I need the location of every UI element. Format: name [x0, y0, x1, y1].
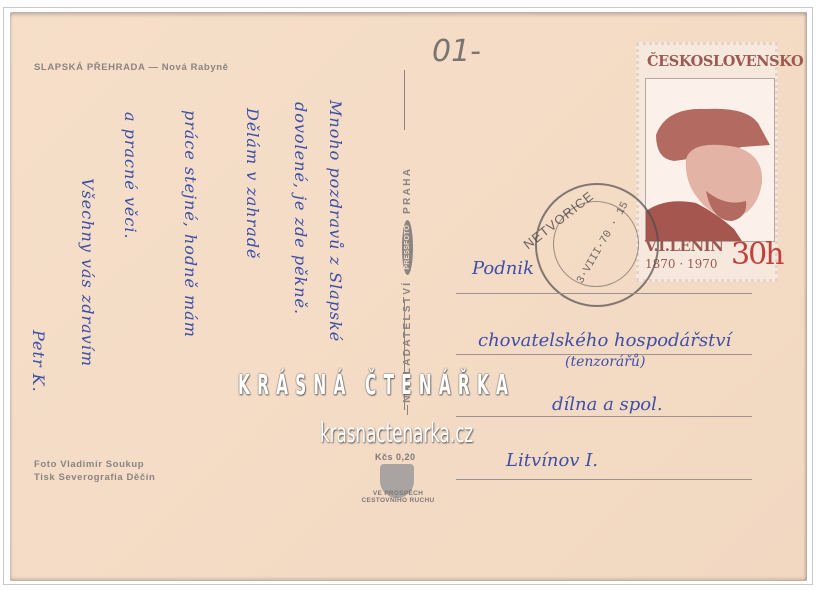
stamp-country: ČESKOSLOVENSKO	[647, 53, 803, 70]
tax-value: Kčs 0,20	[375, 452, 416, 462]
pencil-note: 01-	[432, 34, 481, 69]
watermark-title: KRÁSNÁ ČTENÁŘKA	[238, 368, 515, 401]
pressfoto-logo: PRESSFOTO	[402, 220, 413, 275]
address-rule	[456, 479, 752, 480]
message-line: práce stejné, hodně mám	[181, 110, 200, 338]
address-line-1: Podnik	[472, 258, 534, 279]
address-line-4: dílna a spol.	[552, 394, 663, 415]
postmark: NETVORICE 3·VIII·70 · 15	[535, 183, 659, 307]
message-line: Mnoho pozdravů z Slapské	[326, 100, 345, 342]
tax-arc-text: VE PROSPĚCH CESTOVNÍHO RUCHU	[360, 490, 436, 504]
message-line: Všechny vás zdravím	[78, 178, 97, 367]
message-signature: Petr K.	[29, 330, 48, 393]
address-rule	[456, 416, 752, 417]
publisher-right: PRAHA	[402, 167, 413, 214]
message-line: a pracné věci.	[121, 112, 140, 240]
credit-print: Tisk Severografia Děčín	[34, 471, 155, 484]
lenin-portrait	[645, 78, 775, 242]
printed-title: SLAPSKÁ PŘEHRADA — Nová Rabyně	[34, 62, 228, 73]
tourism-tax-stamp: Kčs 0,20 VE PROSPĚCH CESTOVNÍHO RUCHU	[360, 452, 436, 516]
address-line-5: Litvínov I.	[506, 450, 598, 471]
credit-photo: Foto Vladimír Soukup	[34, 458, 144, 471]
publisher-vertical: — NAKLADATELSTVÍ PRESSFOTO PRAHA	[393, 75, 413, 415]
message-line: dovolené, je zde pěkně.	[291, 102, 310, 315]
stamp-value: 30h	[731, 237, 783, 272]
address-rule	[456, 293, 752, 294]
address-line-2: chovatelského hospodářství	[478, 330, 731, 351]
watermark-url: krasnactenarka.cz	[320, 418, 473, 449]
message-line: Dělám v zahradě	[243, 108, 262, 260]
address-line-3: (tenzorářů)	[565, 354, 645, 370]
